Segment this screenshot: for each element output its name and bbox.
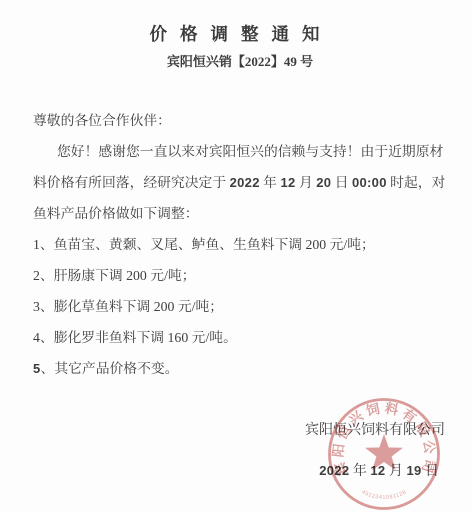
salutation: 尊敬的各位合作伙伴： (33, 105, 445, 136)
seal-serial-number: 4512341091128 (360, 489, 407, 501)
company-signature: 宾阳恒兴饲料有限公司 (33, 415, 445, 446)
paragraph-line-3: 鱼料产品价格做如下调整： (33, 198, 445, 229)
notice-title: 价格调整通知 (0, 23, 472, 45)
paragraph-line-2: 料价格有所回落，经研究决定于 2022 年 12 月 20 日 00:00 时起… (33, 167, 445, 198)
notice-document: 价格调整通知 宾阳恒兴销【2022】49 号 尊敬的各位合作伙伴： 您好！感谢您… (0, 0, 472, 513)
list-item-1: 1、鱼苗宝、黄颡、叉尾、鲈鱼、生鱼料下调 200 元/吨； (33, 229, 445, 260)
paragraph-line-1: 您好！感谢您一直以来对宾阳恒兴的信赖与支持！由于近期原材 (33, 136, 445, 167)
seal-serial-path (354, 488, 414, 499)
list-item-3: 3、膨化草鱼料下调 200 元/吨； (33, 291, 445, 322)
doc-number: 宾阳恒兴销【2022】49 号 (0, 53, 472, 71)
list-item-5: 5、其它产品价格不变。 (33, 353, 445, 384)
notice-body: 尊敬的各位合作伙伴： 您好！感谢您一直以来对宾阳恒兴的信赖与支持！由于近期原材 … (33, 105, 445, 486)
date-line: 2022 年 12 月 19 日 (33, 455, 445, 486)
list-item-2: 2、肝肠康下调 200 元/吨； (33, 260, 445, 291)
list-item-4: 4、膨化罗非鱼料下调 160 元/吨。 (33, 322, 445, 353)
